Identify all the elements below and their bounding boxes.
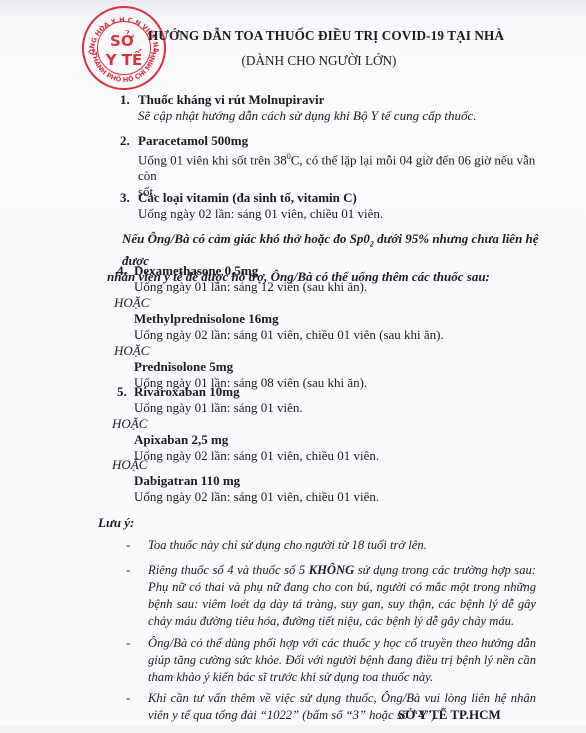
- medication-option: Dexamethasone 0,5mg Uống ngày 01 lần: sá…: [134, 263, 367, 295]
- medication-instruction: Uống ngày 02 lần: sáng 01 viên, chiều 01…: [138, 206, 383, 222]
- medication-name: Thuốc kháng vi rút Molnupiravir: [138, 92, 476, 108]
- medication-option: Rivaroxaban 10mg Uống ngày 01 lần: sáng …: [134, 384, 303, 416]
- medication-instruction: Uống ngày 01 lần: sáng 12 viên (sau khi …: [134, 279, 367, 295]
- medication-instruction: Uống ngày 02 lần: sáng 01 viên, chiều 01…: [134, 489, 379, 505]
- medication-name: Dexamethasone 0,5mg: [134, 263, 367, 279]
- or-label: HOẶC: [112, 457, 147, 473]
- medication-option: Apixaban 2,5 mg Uống ngày 02 lần: sáng 0…: [134, 432, 379, 464]
- medication-item-1: Thuốc kháng vi rút Molnupiravir Sẽ cập n…: [138, 92, 476, 124]
- document-subtitle: (DÀNH CHO NGƯỜI LỚN): [0, 53, 586, 69]
- or-label: HOẶC: [114, 295, 149, 311]
- medication-name: Prednisolone 5mg: [134, 359, 367, 375]
- item-number: 5.: [117, 384, 127, 400]
- item-number: 2.: [120, 133, 130, 149]
- medication-item-3: Các loại vitamin (đa sinh tố, vitamin C)…: [138, 190, 383, 222]
- medication-instruction: Sẽ cập nhật hướng dẫn cách sử dụng khi B…: [138, 108, 476, 124]
- notes-heading: Lưu ý:: [98, 515, 134, 531]
- medication-instruction: Uống ngày 02 lần: sáng 01 viên, chiều 01…: [134, 327, 444, 343]
- bullet-dash: -: [126, 635, 130, 651]
- note-item: Toa thuốc này chỉ sử dụng cho người từ 1…: [148, 537, 536, 554]
- medication-name: Các loại vitamin (đa sinh tố, vitamin C): [138, 190, 383, 206]
- medication-instruction: Uống 01 viên khi sốt trên 380C, có thể l…: [138, 149, 538, 184]
- document-page: CỘNG HÒA X.H.C.N VIỆT NAM THÀNH PHỐ HỒ C…: [0, 0, 586, 725]
- signature-authority: SỞ Y TẾ TP.HCM: [398, 707, 501, 723]
- red-seal-stamp: CỘNG HÒA X.H.C.N VIỆT NAM THÀNH PHỐ HỒ C…: [82, 6, 166, 90]
- or-label: HOẶC: [114, 343, 149, 359]
- medication-name: Methylprednisolone 16mg: [134, 311, 444, 327]
- bullet-dash: -: [126, 537, 130, 553]
- medication-instruction: Uống ngày 02 lần: sáng 01 viên, chiều 01…: [134, 448, 379, 464]
- medication-name: Dabigatran 110 mg: [134, 473, 379, 489]
- item-number: 1.: [120, 92, 130, 108]
- or-label: HOẶC: [112, 416, 147, 432]
- note-item: Riêng thuốc số 4 và thuốc số 5 KHÔNG sử …: [148, 562, 536, 630]
- medication-option: Methylprednisolone 16mg Uống ngày 02 lần…: [134, 311, 444, 343]
- bullet-dash: -: [126, 690, 130, 706]
- medication-instruction: Uống ngày 01 lần: sáng 01 viên.: [134, 400, 303, 416]
- medication-name: Rivaroxaban 10mg: [134, 384, 303, 400]
- item-number: 4.: [117, 263, 127, 279]
- note-item: Ông/Bà có thể dùng phối hợp với các thuố…: [148, 635, 536, 686]
- medication-option: Dabigatran 110 mg Uống ngày 02 lần: sáng…: [134, 473, 379, 505]
- document-title: HƯỚNG DẪN TOA THUỐC ĐIỀU TRỊ COVID-19 TẠ…: [148, 28, 548, 44]
- medication-name: Apixaban 2,5 mg: [134, 432, 379, 448]
- item-number: 3.: [120, 190, 130, 206]
- bullet-dash: -: [126, 562, 130, 578]
- medication-name: Paracetamol 500mg: [138, 133, 538, 149]
